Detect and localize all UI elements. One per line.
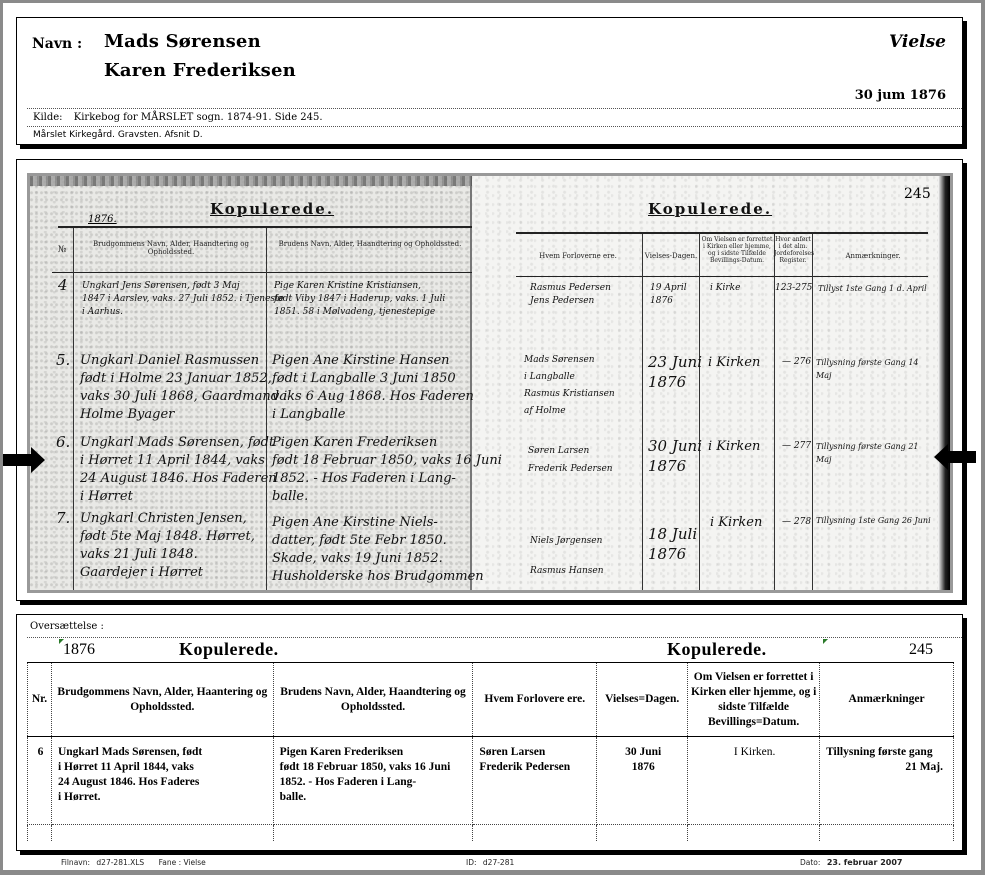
scan-panel: Kopulerede. Kopulerede. 1876. 245 № Brud… (16, 159, 963, 601)
empty-cell (597, 825, 688, 841)
scan-line: 24 August 1846. Hos Faderen (80, 470, 277, 488)
book-title-left: Kopulerede. (179, 639, 279, 660)
cell-line: 1852. - Hos Faderen i Lang- (280, 775, 469, 790)
scan-title-left: Kopulerede. (210, 200, 334, 218)
scan-line: Søren Larsen (528, 442, 613, 460)
comment-marker-icon (823, 639, 828, 644)
scan-line: Rasmus Hansen (530, 556, 604, 586)
scan-line: Ungkarl Christen Jensen, (80, 510, 255, 528)
scan-row-place: i Kirken (708, 354, 760, 372)
scan-line: i Hørret (80, 488, 277, 506)
scan-line: Gaardejer i Hørret (80, 564, 255, 582)
cell-groom: Ungkarl Mads Sørensen, født i Hørret 11 … (51, 737, 273, 825)
scan-column-line (642, 234, 643, 593)
scan-row-bride: Pigen Ane Kirstine Niels- datter, født 5… (272, 514, 484, 586)
filename-value: d27-281.XLS (96, 858, 144, 867)
col-header-remarks: Anmærkninger (820, 663, 954, 737)
scan-row-register: — 278 (782, 516, 811, 529)
scan-header-nr: № (52, 246, 72, 254)
sheet-label: Fane : (159, 858, 182, 867)
filename-label: Filnavn: (61, 858, 90, 867)
cell-line: Ungkarl Mads Sørensen, født (58, 745, 269, 760)
scan-binding-edge (938, 176, 950, 590)
source-label: Kilde: (33, 112, 63, 123)
scan-row-date: 23 Juni 1876 (648, 352, 702, 392)
scan-line: vaks 21 Juli 1848. (80, 546, 255, 564)
id-label: ID: (466, 858, 477, 867)
scan-row-nr: 5. (56, 354, 70, 367)
scan-line: Mads Sørensen (524, 352, 615, 369)
scan-header-date: Vielses-Dagen. (642, 252, 700, 260)
scan-row-remarks: Tillyst 1ste Gang 1 d. April (818, 282, 927, 295)
scan-line: 1851. 58 i Mølvadeng, tjenestepige (274, 306, 445, 319)
cell-line: født 18 Februar 1850, vaks 16 Juni (280, 760, 469, 775)
cell-line: i Hørret 11 April 1844, vaks (58, 760, 269, 775)
scan-line: Jens Pedersen (530, 295, 611, 308)
book-year: 1876 (63, 641, 95, 659)
col-header-bride: Brudens Navn, Alder, Haandtering og Opho… (273, 663, 473, 737)
scan-rule (516, 276, 928, 277)
arrow-right-icon (3, 447, 45, 473)
cell-place: I Kirken. (688, 737, 820, 825)
cell-line: 30 Juni (603, 745, 683, 760)
scan-line: født i Holme 23 Januar 1852, (80, 370, 287, 388)
scan-line: balle. (272, 488, 502, 506)
arrow-left-icon (934, 444, 976, 470)
id-value: d27-281 (483, 858, 514, 867)
empty-cell (820, 825, 954, 841)
date-label: Dato: (800, 858, 820, 867)
empty-cell (473, 825, 597, 841)
scan-line: 19 April (650, 282, 687, 295)
scan-header-witnesses: Hvem Forloverne ere. (516, 252, 640, 260)
footer-id: ID: d27-281 (466, 858, 514, 867)
scan-line: Rasmus Kristiansen (524, 386, 615, 403)
book-page-number: 245 (909, 641, 933, 659)
table-header-row: Nr. Brudgommens Navn, Alder, Haantering … (28, 663, 954, 737)
divider (27, 637, 962, 638)
translation-table: Nr. Brudgommens Navn, Alder, Haantering … (27, 662, 954, 841)
translation-label: Oversættelse : (30, 621, 104, 632)
scan-line: Pigen Karen Frederiksen (272, 434, 502, 452)
scan-row-witnesses: Niels Jørgensen Rasmus Hansen (530, 526, 604, 586)
source-text: Kirkebog for MÅRSLET sogn. 1874-91. Side… (74, 112, 323, 123)
scan-row-bride: Pigen Karen Frederiksen født 18 Februar … (272, 434, 502, 506)
scan-title-right: Kopulerede. (648, 200, 772, 218)
scan-line: 1852. - Hos Faderen i Lang- (272, 470, 502, 488)
col-header-date: Vielses=Dagen. (597, 663, 688, 737)
scan-line: 23 Juni (648, 352, 702, 372)
scan-row-groom: Ungkarl Jens Sørensen, født 3 Maj 1847 i… (82, 280, 284, 319)
scan-line: i Langballe (272, 406, 474, 424)
scan-line: Ungkarl Mads Sørensen, født (80, 434, 277, 452)
scan-line: vaks 30 Juli 1868, Gaardmand i (80, 388, 287, 406)
scan-line: Pigen Ane Kirstine Niels- (272, 514, 484, 532)
cell-date: 30 Juni 1876 (597, 737, 688, 825)
scan-rule (58, 226, 472, 228)
scan-header-place: Om Vielsen er forrettet i Kirken eller h… (700, 236, 774, 264)
scan-header-register: Hvor anført i det alm. Jordeforelses Reg… (774, 236, 812, 264)
empty-cell (51, 825, 273, 841)
scan-row-bride: Pige Karen Kristine Kristiansen, født Vi… (274, 280, 445, 319)
scan-rule (516, 232, 928, 234)
scan-rule (52, 272, 472, 273)
cell-line: 1876 (603, 760, 683, 775)
empty-cell (28, 825, 52, 841)
scan-line: datter, født 5te Febr 1850. (272, 532, 484, 550)
cell-line: Søren Larsen (479, 745, 592, 760)
cell-remarks: Tillysning første gang 21 Maj. (820, 737, 954, 825)
scan-line: 1876 (648, 456, 702, 476)
scan-row-groom: Ungkarl Christen Jensen, født 5te Maj 18… (80, 510, 255, 582)
scan-line: i Hørret 11 April 1844, vaks (80, 452, 277, 470)
scan-row-remarks: Tillysning første Gang 14 Maj (816, 356, 926, 382)
scan-row-register: — 276 (782, 356, 811, 369)
scan-row-witnesses: Mads Sørensen i Langballe Rasmus Kristia… (524, 352, 615, 420)
col-header-place: Om Vielsen er forrettet i Kirken eller h… (688, 663, 820, 737)
scan-row-register: 123-275 (775, 282, 812, 295)
scan-row-bride: Pigen Ane Kirstine Hansen født i Langbal… (272, 352, 474, 424)
source-row: Kilde: Kirkebog for MÅRSLET sogn. 1874-9… (27, 108, 962, 127)
table-row-empty (28, 825, 954, 841)
scan-line: af Holme (524, 403, 615, 420)
scan-row-place: i Kirken (708, 438, 760, 456)
scan-line: født i Langballe 3 Juni 1850 (272, 370, 474, 388)
scan-header-remarks: Anmærkninger. (814, 252, 932, 260)
scan-line: 1876 (648, 544, 697, 564)
scan-line: Husholderske hos Brudgommen (272, 568, 484, 586)
scan-line: i Aarhus. (82, 306, 284, 319)
scan-row-remarks: Tillysning første Gang 21 Maj (816, 440, 926, 466)
church-book-scan: Kopulerede. Kopulerede. 1876. 245 № Brud… (27, 173, 953, 593)
scan-line: Pigen Ane Kirstine Hansen (272, 352, 474, 370)
translation-panel: Oversættelse : 1876 Kopulerede. Kopulere… (16, 614, 963, 851)
scan-row-place: i Kirke (710, 282, 740, 295)
scan-column-line (73, 228, 74, 593)
scan-line: 30 Juni (648, 436, 702, 456)
scan-line: 1847 i Aarslev, vaks. 27 Juli 1852. i Tj… (82, 293, 284, 306)
footer-filename: Filnavn: d27-281.XLS Fane : Vielse (61, 858, 206, 867)
scan-line: i Langballe (524, 369, 615, 386)
cell-line: i Hørret. (58, 790, 269, 805)
book-title-right: Kopulerede. (667, 639, 767, 660)
col-header-witnesses: Hvem Forlovere ere. (473, 663, 597, 737)
scan-row-nr: 6. (56, 436, 70, 449)
event-type: Vielse (889, 32, 946, 52)
scan-header-bride: Brudens Navn, Alder, Haandtering og Opho… (270, 240, 470, 248)
scan-header-groom: Brudgommens Navn, Alder, Haandtering og … (78, 240, 264, 256)
table-row: 6 Ungkarl Mads Sørensen, født i Hørret 1… (28, 737, 954, 825)
scan-column-line (699, 234, 700, 593)
cell-line: 21 Maj. (826, 760, 949, 775)
record-header: Navn : Mads Sørensen Karen Frederiksen V… (16, 17, 963, 145)
sheet-value: Vielse (183, 858, 205, 867)
scan-row-remarks: Tillysning 1ste Gang 26 Juni (816, 514, 931, 527)
scan-line: Holme Byager (80, 406, 287, 424)
col-header-nr: Nr. (28, 663, 52, 737)
footer-date: Dato: 23. februar 2007 (800, 858, 902, 867)
scan-row-date: 18 Juli 1876 (648, 524, 697, 564)
scan-line: født 18 Februar 1850, vaks 16 Juni (272, 452, 502, 470)
scan-row-place: i Kirken (710, 514, 762, 532)
place-text: Mårslet Kirkegård. Gravsten. Afsnit D. (33, 130, 203, 140)
scan-line: 1876 (648, 372, 702, 392)
scan-line: Pige Karen Kristine Kristiansen, (274, 280, 445, 293)
scan-page-edge (30, 176, 472, 186)
scan-row-nr: 7. (56, 512, 70, 525)
scan-line: vaks 6 Aug 1868. Hos Faderen (272, 388, 474, 406)
scan-line: Ungkarl Jens Sørensen, født 3 Maj (82, 280, 284, 293)
groom-name: Mads Sørensen (104, 31, 261, 52)
event-date: 30 jum 1876 (855, 88, 946, 103)
scan-line: 1876 (650, 295, 687, 308)
scan-line: Frederik Pedersen (528, 460, 613, 478)
name-label: Navn : (32, 36, 82, 52)
bride-name: Karen Frederiksen (104, 60, 296, 81)
cell-line: 24 August 1846. Hos Faderes (58, 775, 269, 790)
empty-cell (273, 825, 473, 841)
scan-line: Skade, vaks 19 Juni 1852. (272, 550, 484, 568)
scan-row-witnesses: Rasmus Pedersen Jens Pedersen (530, 282, 611, 308)
scan-line: født 5te Maj 1848. Hørret, (80, 528, 255, 546)
scan-year: 1876. (88, 214, 117, 225)
scan-row-nr: 4 (58, 279, 68, 292)
scan-line: Niels Jørgensen (530, 526, 604, 556)
col-header-groom: Brudgommens Navn, Alder, Haantering og O… (51, 663, 273, 737)
cell-witnesses: Søren Larsen Frederik Pedersen (473, 737, 597, 825)
scan-line: født Viby 1847 i Haderup, vaks. 1 Juli (274, 293, 445, 306)
cell-line: Pigen Karen Frederiksen (280, 745, 469, 760)
cell-line: Tillysning første gang (826, 745, 949, 760)
cell-line: balle. (280, 790, 469, 805)
scan-row-groom: Ungkarl Mads Sørensen, født i Hørret 11 … (80, 434, 277, 506)
cell-bride: Pigen Karen Frederiksen født 18 Februar … (273, 737, 473, 825)
scan-row-register: — 277 (782, 440, 811, 453)
cell-line: Frederik Pedersen (479, 760, 592, 775)
scan-page-number: 245 (904, 186, 931, 202)
date-value: 23. februar 2007 (827, 858, 903, 867)
scan-row-date: 30 Juni 1876 (648, 436, 702, 476)
scan-row-groom: Ungkarl Daniel Rasmussen født i Holme 23… (80, 352, 287, 424)
scan-row-date: 19 April 1876 (650, 282, 687, 308)
cell-nr: 6 (28, 737, 52, 825)
scan-row-witnesses: Søren Larsen Frederik Pedersen (528, 442, 613, 478)
empty-cell (688, 825, 820, 841)
scan-line: Ungkarl Daniel Rasmussen (80, 352, 287, 370)
scan-line: Rasmus Pedersen (530, 282, 611, 295)
scan-line: 18 Juli (648, 524, 697, 544)
